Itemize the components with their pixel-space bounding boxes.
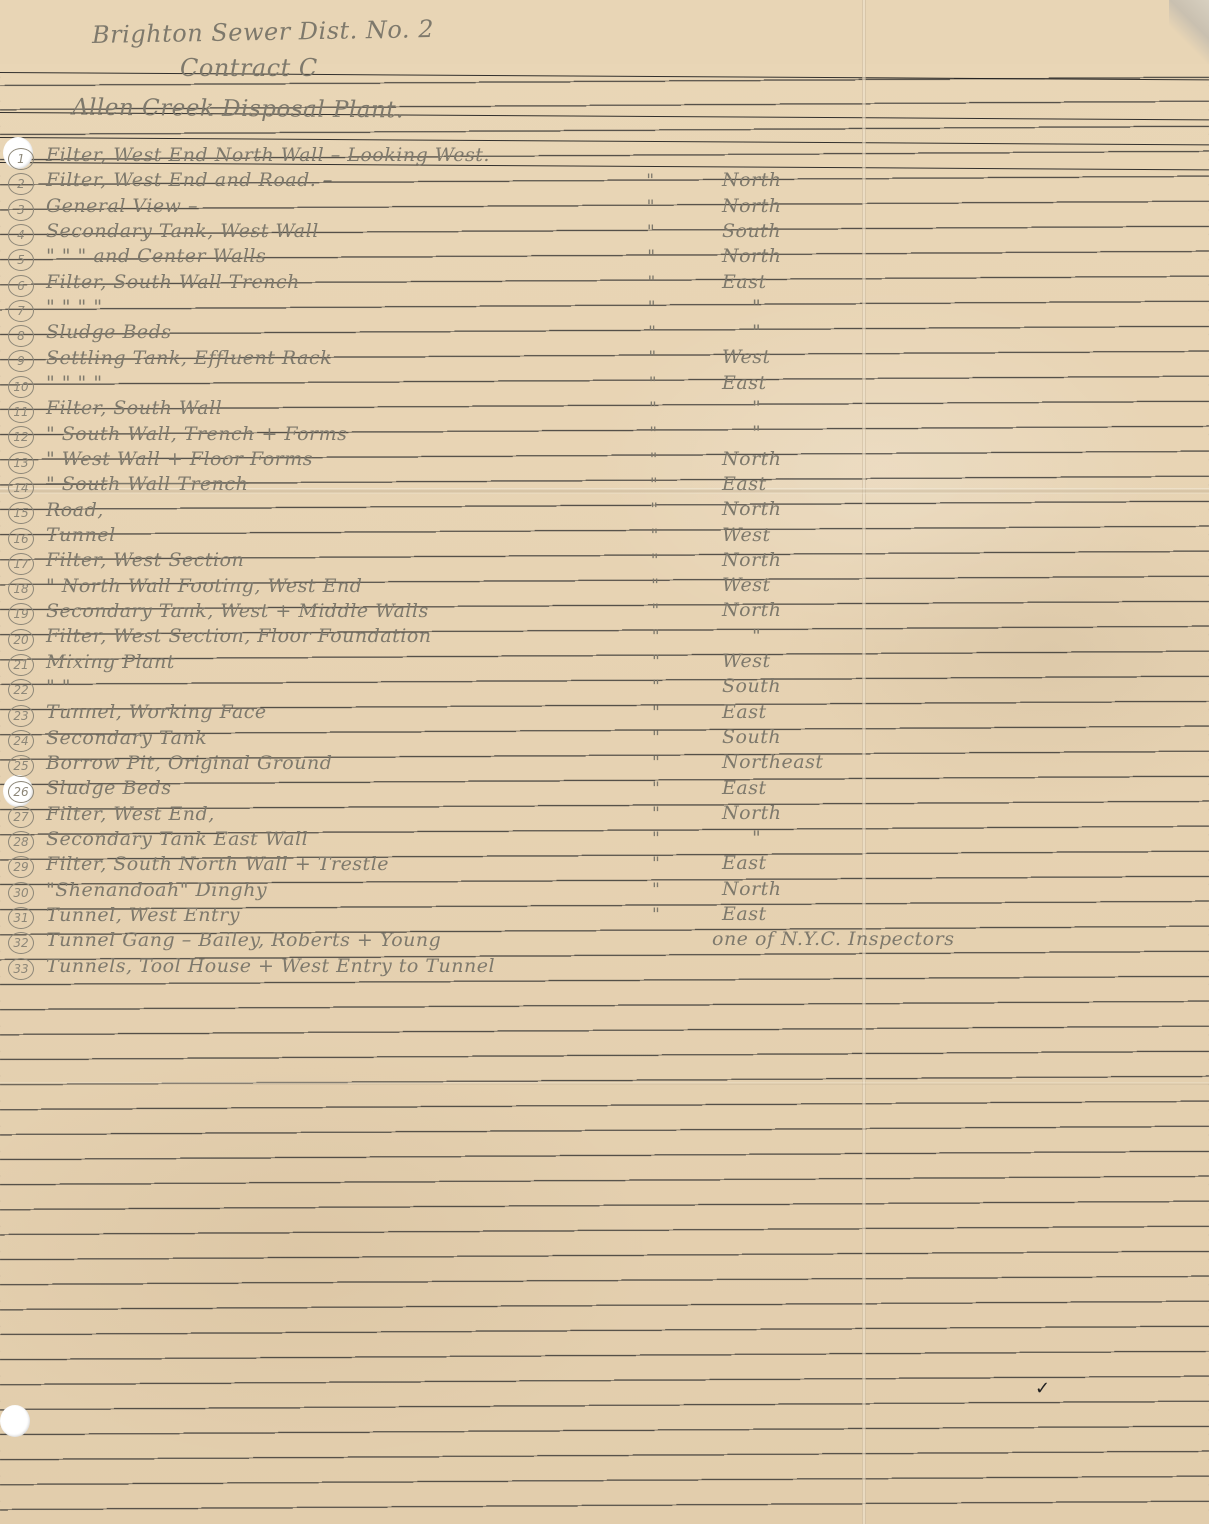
entry-description: Secondary Tank <box>46 727 207 749</box>
entry-number-circle: 2 <box>8 173 34 195</box>
list-item: 20Filter, West Section, Floor Foundation… <box>0 629 1209 654</box>
entry-number-circle: 5 <box>8 249 34 271</box>
list-item: 25Borrow Pit, Original Ground"Northeast <box>0 755 1209 780</box>
entry-number-circle: 26 <box>8 781 34 803</box>
entry-direction: North <box>722 802 782 824</box>
ditto-mark-looking: " <box>648 273 656 293</box>
entry-description: Tunnel, Working Face <box>46 701 267 723</box>
entry-direction: East <box>722 701 767 723</box>
entry-description: General View – <box>46 195 198 217</box>
corner-wear <box>1169 0 1209 70</box>
ditto-mark-looking: " <box>652 880 660 900</box>
list-item: 6Filter, South Wall Trench"East <box>0 275 1209 300</box>
entry-direction: West <box>722 524 771 546</box>
entry-direction: East <box>722 903 767 925</box>
entry-direction: " <box>752 625 761 647</box>
entry-direction: North <box>722 448 782 470</box>
entry-description: " North Wall Footing, West End <box>46 575 362 597</box>
entry-description: Filter, West End, <box>46 803 215 825</box>
entry-number-circle: 20 <box>8 629 34 651</box>
entry-number-circle: 23 <box>8 705 34 727</box>
entry-description: " " " " <box>46 372 103 394</box>
entry-number-circle: 12 <box>8 426 34 448</box>
entry-direction: East <box>722 372 767 394</box>
entry-direction: South <box>722 726 781 748</box>
entry-direction: West <box>722 346 771 368</box>
entry-description: Borrow Pit, Original Ground <box>46 752 332 774</box>
entry-number-circle: 32 <box>8 932 34 954</box>
entry-direction: " <box>752 296 761 318</box>
entry-description: Tunnel, West Entry <box>46 904 240 926</box>
horizontal-fold-crease-lower <box>0 1082 1209 1085</box>
entry-number-circle: 25 <box>8 755 34 777</box>
ditto-mark-looking: " <box>652 779 660 799</box>
entry-description: Filter, West Section, Floor Foundation <box>46 625 432 647</box>
margin-checkmark: ✓ <box>1035 1378 1050 1399</box>
entry-description: " " " and Center Walls <box>46 245 266 267</box>
ditto-mark-looking: " <box>649 424 657 444</box>
entry-direction: Northeast <box>722 751 823 773</box>
entry-direction: South <box>722 675 781 697</box>
ditto-mark-looking: " <box>652 703 660 723</box>
entry-number-circle: 8 <box>8 325 34 347</box>
entry-description: " " " " <box>46 296 103 318</box>
entry-number-circle: 1 <box>8 148 34 170</box>
entry-direction: East <box>722 271 767 293</box>
entry-direction: North <box>722 549 782 571</box>
ditto-mark-looking: " <box>651 526 659 546</box>
entry-description: Filter, South Wall <box>46 397 222 419</box>
entry-number-circle: 3 <box>8 199 34 221</box>
entry-description: Sludge Beds <box>46 777 172 799</box>
entry-description: Filter, South North Wall + Trestle <box>46 853 389 875</box>
ditto-mark-looking: " <box>648 348 656 368</box>
entry-direction: West <box>722 650 771 672</box>
entry-number-circle: 18 <box>8 578 34 600</box>
entry-number-circle: 30 <box>8 882 34 904</box>
ditto-mark-looking: " <box>651 576 659 596</box>
entry-direction: South <box>722 220 781 242</box>
ditto-mark-looking: " <box>648 323 656 343</box>
ditto-mark-looking: " <box>649 374 657 394</box>
ditto-mark-looking: " <box>652 829 660 849</box>
ditto-mark-looking: " <box>650 475 658 495</box>
entry-number-circle: 13 <box>8 452 34 474</box>
entry-description: Settling Tank, Effluent Rack <box>46 347 332 369</box>
entry-number-circle: 15 <box>8 502 34 524</box>
ditto-mark-looking: " <box>647 247 655 267</box>
entry-number-circle: 19 <box>8 603 34 625</box>
entry-note: one of N.Y.C. Inspectors <box>712 928 954 950</box>
ditto-mark-looking: " <box>647 197 655 217</box>
ditto-mark-looking: " <box>652 652 660 672</box>
entry-description: Sludge Beds <box>46 321 172 343</box>
entry-description: Tunnel <box>46 524 116 546</box>
entry-direction: " <box>752 827 761 849</box>
entry-description: Filter, South Wall Trench <box>46 271 300 293</box>
list-item: 15Road,"North <box>0 502 1209 527</box>
entry-direction: North <box>722 195 782 217</box>
ditto-mark-looking: " <box>652 905 660 925</box>
header-district: Brighton Sewer Dist. No. 2 <box>92 15 434 49</box>
ditto-mark-looking: " <box>650 450 658 470</box>
entry-direction: North <box>722 878 782 900</box>
entry-number-circle: 7 <box>8 300 34 322</box>
entry-direction: North <box>722 169 782 191</box>
ditto-mark-looking: " <box>647 222 655 242</box>
entry-description: " " <box>46 676 71 698</box>
entry-direction: North <box>722 245 782 267</box>
entry-number-circle: 29 <box>8 856 34 878</box>
entry-direction: East <box>722 852 767 874</box>
list-item: 21Mixing Plant"West <box>0 654 1209 679</box>
ditto-mark-looking: " <box>652 854 660 874</box>
ditto-mark-looking: " <box>651 601 659 621</box>
entry-number-circle: 9 <box>8 350 34 372</box>
ditto-mark-looking: " <box>652 804 660 824</box>
entry-description: Secondary Tank East Wall <box>46 828 308 850</box>
entry-description: "Shenandoah" Dinghy <box>46 879 267 901</box>
ditto-mark-looking: " <box>646 171 654 191</box>
entry-number-circle: 33 <box>8 958 34 980</box>
ditto-mark-looking: " <box>648 298 656 318</box>
entry-description: Mixing Plant <box>46 651 175 673</box>
ditto-mark-looking: " <box>652 677 660 697</box>
entry-direction: West <box>722 574 771 596</box>
entry-description: Filter, West End North Wall – Looking We… <box>46 144 490 166</box>
ditto-mark-looking: " <box>650 500 658 520</box>
entry-number-circle: 22 <box>8 679 34 701</box>
entry-number-circle: 27 <box>8 806 34 828</box>
entry-direction: East <box>722 777 767 799</box>
ditto-mark-looking: " <box>652 753 660 773</box>
entry-direction: " <box>752 422 761 444</box>
entry-direction: " <box>752 321 761 343</box>
entry-direction: East <box>722 473 767 495</box>
entry-direction: " <box>752 397 761 419</box>
ditto-mark-looking: " <box>652 728 660 748</box>
entry-number-circle: 14 <box>8 477 34 499</box>
entry-number-circle: 31 <box>8 907 34 929</box>
entry-description: " West Wall + Floor Forms <box>46 448 313 470</box>
entry-direction: North <box>722 498 782 520</box>
entry-description: Filter, West End and Road. – <box>46 169 333 191</box>
list-item: 14" South Wall Trench"East <box>0 477 1209 502</box>
entry-description: Filter, West Section <box>46 549 244 571</box>
ditto-mark-looking: " <box>651 551 659 571</box>
entry-description: " South Wall, Trench + Forms <box>46 423 347 445</box>
header-contract: Contract C <box>180 54 318 82</box>
entry-number-circle: 6 <box>8 275 34 297</box>
ditto-mark-looking: " <box>652 627 660 647</box>
entry-number-circle: 10 <box>8 376 34 398</box>
entry-description: Secondary Tank, West Wall <box>46 220 319 242</box>
list-item: 33Tunnels, Tool House + West Entry to Tu… <box>0 958 1209 983</box>
entry-description: Tunnel Gang – Bailey, Roberts + Young <box>46 929 441 951</box>
header-plant: Allen Creek Disposal Plant. <box>72 95 404 124</box>
punch-hole-bottom <box>0 1405 30 1437</box>
entry-description: Tunnels, Tool House + West Entry to Tunn… <box>46 955 495 977</box>
entry-number-circle: 21 <box>8 654 34 676</box>
entry-number-circle: 11 <box>8 401 34 423</box>
entry-description: " South Wall Trench <box>46 473 248 495</box>
entry-number-circle: 17 <box>8 553 34 575</box>
ditto-mark-looking: " <box>649 399 657 419</box>
list-item: 9Settling Tank, Effluent Rack"West <box>0 350 1209 375</box>
entry-number-circle: 4 <box>8 224 34 246</box>
entry-number-circle: 16 <box>8 528 34 550</box>
entry-number-circle: 24 <box>8 730 34 752</box>
list-item: 7" " " """ <box>0 300 1209 325</box>
entry-direction: North <box>722 599 782 621</box>
entry-description: Road, <box>46 499 104 521</box>
entry-number-circle: 28 <box>8 831 34 853</box>
list-item: 32Tunnel Gang – Bailey, Roberts + Youngo… <box>0 932 1209 957</box>
entry-description: Secondary Tank, West + Middle Walls <box>46 600 429 622</box>
